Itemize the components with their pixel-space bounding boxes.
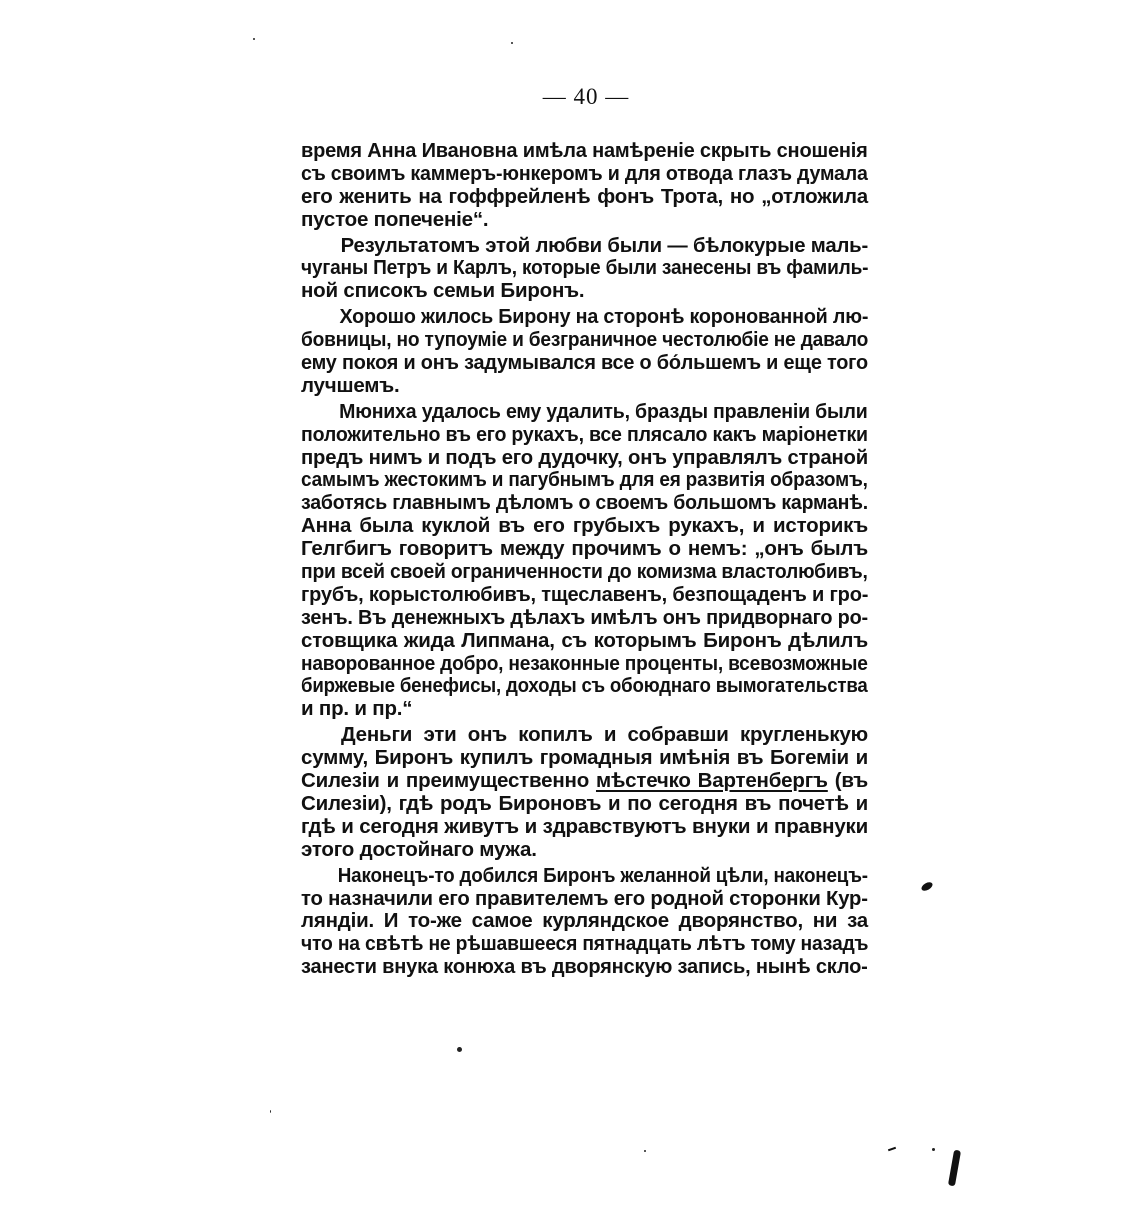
text-line: предъ нимъ и подъ его дудочку, онъ управ… — [301, 447, 861, 470]
text-line: Мюниха удалось ему удалить, бразды правл… — [301, 401, 841, 424]
text-line: ляндіи. И то-же самое курляндское дворян… — [301, 910, 868, 933]
text-line: лучшемъ. — [301, 375, 868, 398]
ink-blot-mark — [888, 1147, 896, 1152]
text-line: гдѣ и сегодня живутъ и здравствуютъ внук… — [301, 816, 868, 839]
text-line: самымъ жестокимъ и пагубнымъ для ея разв… — [301, 469, 826, 492]
text-line: съ своимъ каммеръ-юнкеромъ и для отвода … — [301, 163, 843, 186]
text-line: что на свѣтѣ не рѣшавшееся пятнадцать лѣ… — [301, 933, 835, 956]
text-line: Результатомъ этой любви были — бѣлокурые… — [301, 235, 863, 258]
scan-speck — [511, 42, 513, 44]
scanned-book-page: — 40 — время Анна Ивановна имѣла намѣрен… — [0, 0, 1140, 1232]
text-line: ему покоя и онъ задумывался все о бо́льш… — [301, 352, 850, 375]
text-line: Анна была куклой въ его грубыхъ рукахъ, … — [301, 515, 868, 538]
ink-smudge-mark — [948, 1150, 961, 1187]
scan-speck — [253, 38, 255, 40]
page-number: — 40 — — [0, 84, 1140, 110]
paragraph: Наконецъ-то добился Биронъ желанной цѣли… — [301, 865, 868, 979]
text-line: положительно въ его рукахъ, все плясало … — [301, 424, 841, 447]
text-line: пустое попеченіе“. — [301, 209, 868, 232]
text-line: и пр. и пр.“ — [301, 698, 868, 721]
text-line: сумму, Биронъ купилъ громадныя имѣнія въ… — [301, 747, 868, 770]
text-line: при всей своей ограниченности до комизма… — [301, 561, 834, 584]
paragraph: Результатомъ этой любви были — бѣлокурые… — [301, 235, 868, 304]
text-line-with-underline: Силезіи и преимущественно мѣстечко Варте… — [301, 770, 868, 793]
text-line: биржевые бенефисы, доходы съ обоюднаго в… — [301, 675, 817, 698]
paragraph: Хорошо жилось Бирону на сторонѣ коронова… — [301, 306, 868, 398]
text-line: занести внука конюха въ дворянскую запис… — [301, 956, 855, 979]
paragraph: Деньги эти онъ копилъ и собравши круглен… — [301, 724, 868, 861]
body-text: время Анна Ивановна имѣла намѣреніе скры… — [301, 140, 868, 979]
text-line: заботясь главнымъ дѣломъ о своемъ большо… — [301, 492, 840, 515]
text-line: грубъ, корыстолюбивъ, тщеславенъ, безпощ… — [301, 584, 854, 607]
text-line: Силезіи), гдѣ родъ Бироновъ и по сегодня… — [301, 793, 868, 816]
text-line: ной списокъ семьи Биронъ. — [301, 280, 868, 303]
text-line: Наконецъ-то добился Биронъ желанной цѣли… — [301, 865, 822, 888]
scan-speck — [932, 1148, 935, 1151]
scan-speck — [644, 1150, 646, 1152]
text-line: этого достойнаго мужа. — [301, 839, 868, 862]
paragraph: время Анна Ивановна имѣла намѣреніе скры… — [301, 140, 868, 232]
text-line: Хорошо жилось Бирону на сторонѣ коронова… — [301, 306, 846, 329]
text-line: время Анна Ивановна имѣла намѣреніе скры… — [301, 140, 854, 163]
scan-speck — [270, 1110, 271, 1113]
text-line: наворованное добро, незаконные проценты,… — [301, 653, 830, 676]
text-line: то назначили его правителемъ его родной … — [301, 888, 862, 911]
text-line: Деньги эти онъ копилъ и собравши круглен… — [301, 724, 868, 747]
underlined-phrase: мѣстечко Вартенбергъ — [596, 769, 828, 792]
text-line: стовщика жида Липмана, съ которымъ Бирон… — [301, 630, 868, 653]
scan-speck — [457, 1047, 462, 1052]
text-line: чуганы Петръ и Карлъ, которые были занес… — [301, 257, 829, 280]
paragraph: Мюниха удалось ему удалить, бразды правл… — [301, 401, 868, 721]
text-line: бовницы, но тупоуміе и безграничное чест… — [301, 329, 830, 352]
text-line: его женить на гоффрейленѣ фонъ Трота, но… — [301, 186, 868, 209]
ink-blot-mark — [920, 880, 934, 892]
text-line: зенъ. Въ денежныхъ дѣлахъ имѣлъ онъ прид… — [301, 607, 851, 630]
text-line: Гелгбигъ говоритъ между прочимъ о немъ: … — [301, 538, 868, 561]
